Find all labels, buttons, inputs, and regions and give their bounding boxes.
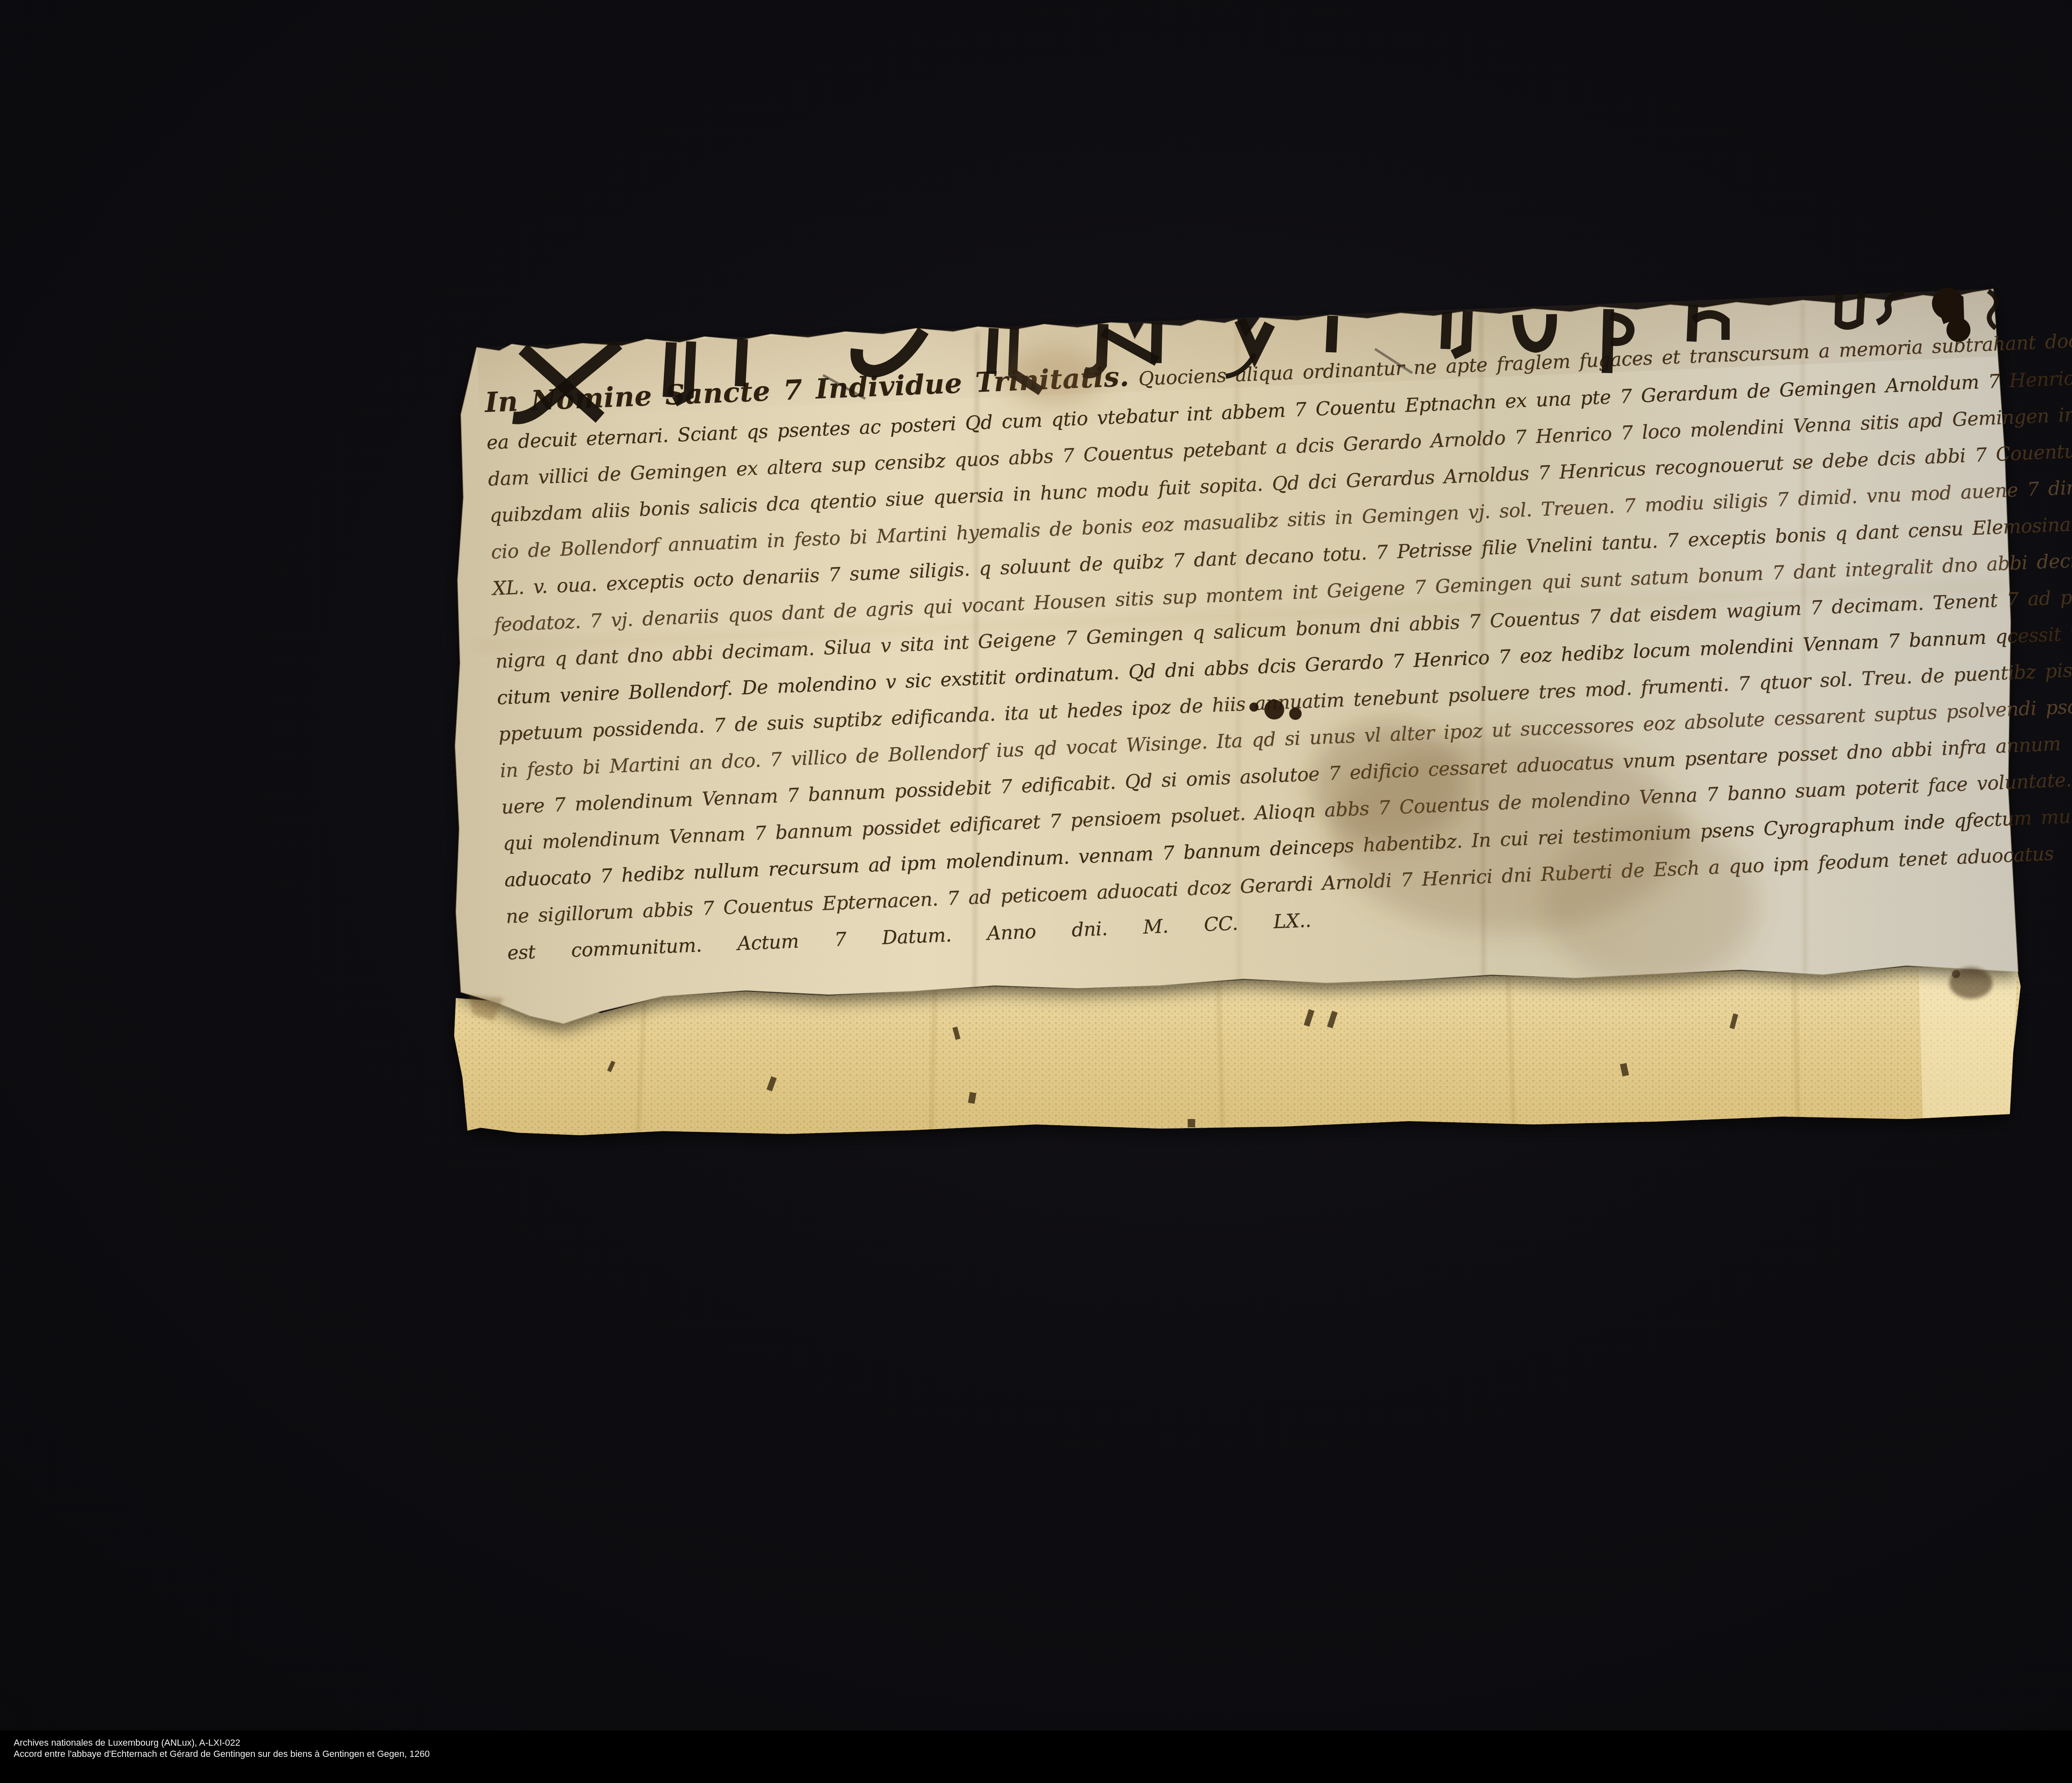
caption-bar: Archives nationales de Luxembourg (ANLux… — [0, 1730, 2072, 1783]
caption: Archives nationales de Luxembourg (ANLux… — [14, 1737, 430, 1759]
photo-area: In Nomine Sancte 7 Individue Trinitatis.… — [0, 0, 2072, 1730]
caption-document-title: Accord entre l'abbaye d'Echternach et Gé… — [14, 1748, 430, 1759]
archive-image-viewer: In Nomine Sancte 7 Individue Trinitatis.… — [0, 0, 2072, 1783]
caption-archive-reference: Archives nationales de Luxembourg (ANLux… — [14, 1737, 430, 1748]
charter-text-block: In Nomine Sancte 7 Individue Trinitatis.… — [484, 319, 2024, 971]
